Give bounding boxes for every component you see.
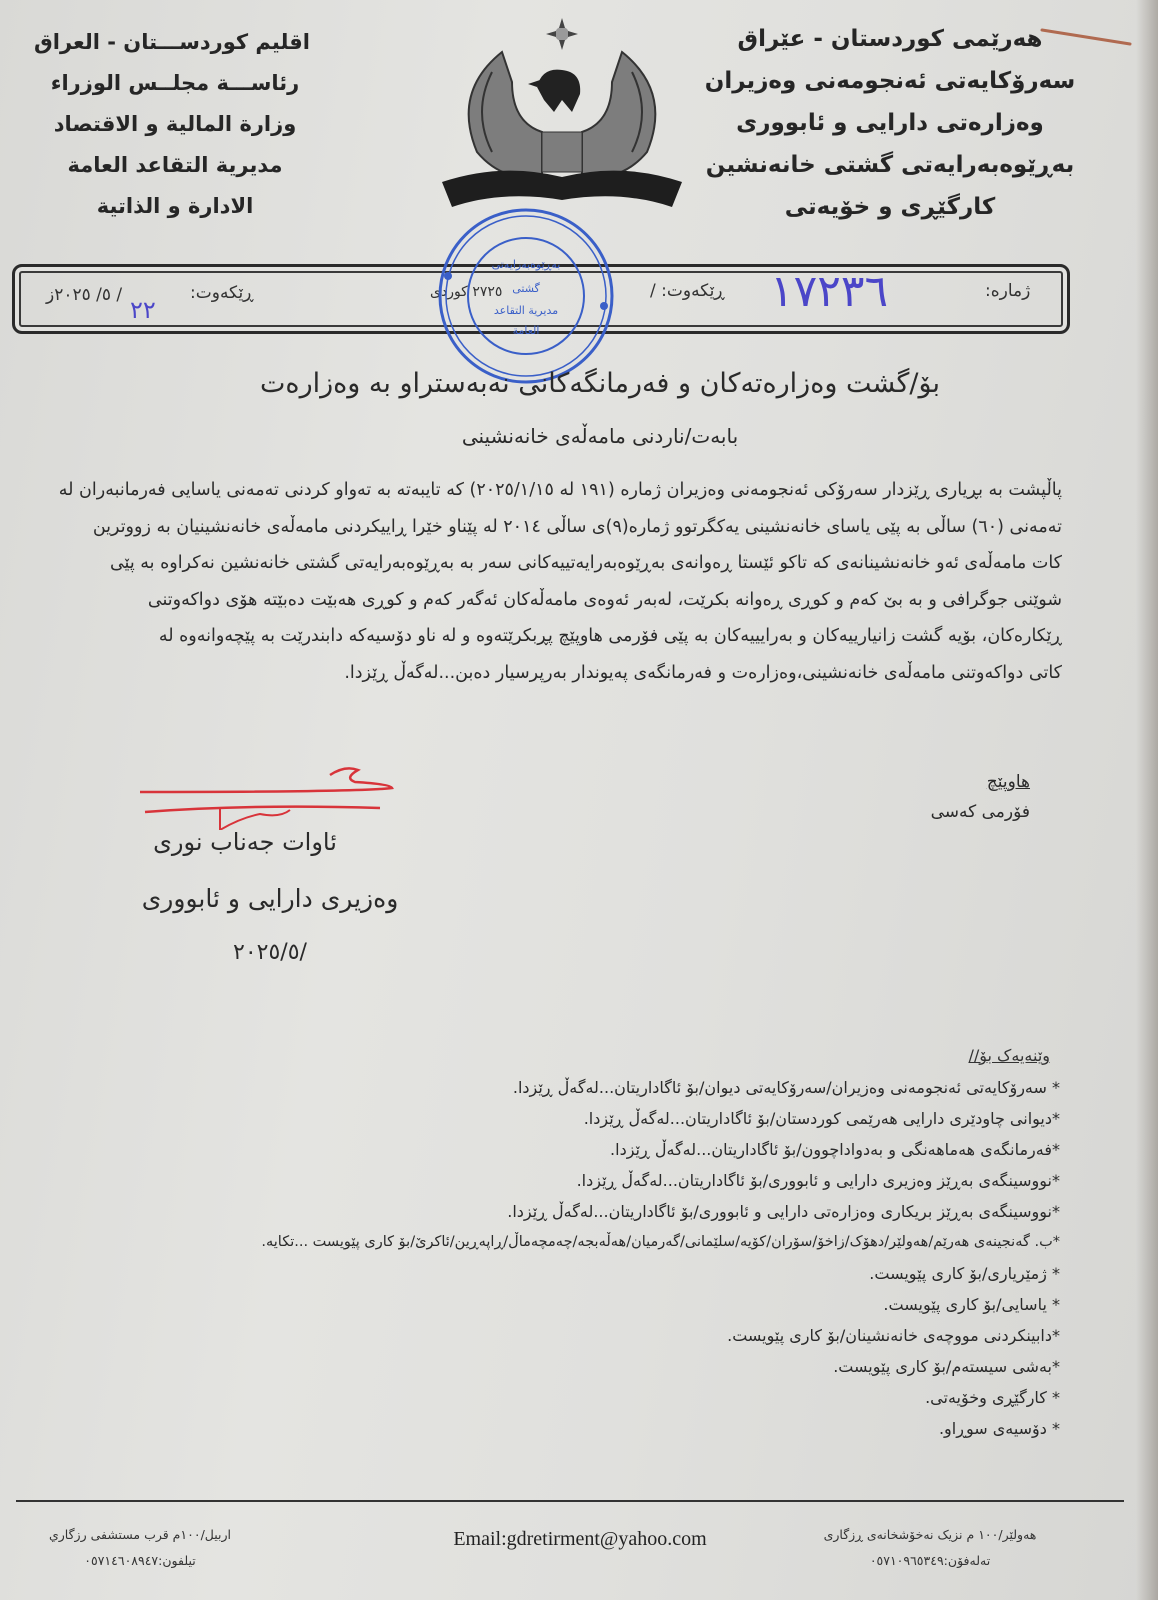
handwritten-day: ٢٢ (130, 296, 156, 324)
letter-body: پاڵپشت بە بڕیاری ڕێزدار سەرۆکی ئەنجومەنی… (22, 472, 1062, 691)
letterhead-line: کارگێڕی و خۆیەتی (690, 186, 1090, 228)
date-label: ڕێکەوت: (190, 283, 254, 303)
date-label: ڕێکەوت: / (650, 281, 725, 301)
footer-email[interactable]: Email:gdretirment@yahoo.com (380, 1528, 780, 1551)
svg-text:گشتی: گشتی (512, 282, 540, 295)
signatory-name: ئاوات جەناب نوری (120, 828, 370, 856)
letterhead-line: اقليم كوردســـتان - العراق (40, 22, 310, 63)
official-stamp-icon: بەڕێوەبەرایەتی گشتی مديرية التقاعد العام… (426, 206, 626, 386)
letterhead-line: الادارة و الذاتية (40, 186, 310, 227)
svg-text:مديرية التقاعد: مديرية التقاعد (494, 304, 558, 317)
letterhead-line: وەزارەتی دارایی و ئابووری (690, 102, 1090, 144)
svg-text:العامة: العامة (513, 324, 540, 337)
footer-phone: تەلەفۆن:٠٥٧١٠٩٦٥٣٤٩ (800, 1548, 1060, 1574)
copy-recipient: *دیوانی چاودێری دارایی هەرێمی کوردستان/ب… (120, 1103, 1060, 1134)
attachment-title: هاوپێچ (900, 772, 1030, 792)
footer-address: اربيل/١٠٠م قرب مستشفى رزگاري (20, 1522, 260, 1548)
letterhead-line: سەرۆکایەتی ئەنجومەنی وەزیران (690, 60, 1090, 102)
letterhead-line: وزارة المالية و الاقتصاد (40, 104, 310, 145)
attachment-item: فۆرمی کەسی (850, 802, 1030, 822)
copy-recipient: * دۆسیەی سوڕاو. (120, 1413, 1060, 1444)
copies-title: وێنەیەک بۆ// (880, 1046, 1050, 1065)
footer-address: هەولێر/١٠٠ م نزیک نەخۆشخانەی ڕزگاری (800, 1522, 1060, 1548)
kurdistan-eagle-emblem-icon (432, 12, 692, 212)
copy-recipient: *نووسینگەی بەڕێز وەزیری دارایی و ئابووری… (120, 1165, 1060, 1196)
handwritten-reference-number: ١٧٢٣٦ (770, 266, 888, 317)
footer-phone: تيلفون:٠٥٧١٤٦٠٨٩٤٧ (20, 1548, 260, 1574)
signature-date: ٢٠٢٥/٥/ (200, 940, 340, 965)
copy-recipient: *دابینکردنی مووچەی خانەنشینان/بۆ کاری پێ… (120, 1320, 1060, 1351)
letter-subject: بابەت/ناردنی مامەڵەی خانەنشینی (300, 424, 900, 448)
body-line: پاڵپشت بە بڕیاری ڕێزدار سەرۆکی ئەنجومەنی… (22, 472, 1062, 509)
body-line: کات مامەڵەی ئەو خانەنشینانەی کە تاکو ئێس… (22, 545, 1062, 582)
copy-recipient: * یاسایی/بۆ کاری پێویست. (120, 1289, 1060, 1320)
svg-text:بەڕێوەبەرایەتی: بەڕێوەبەرایەتی (492, 258, 561, 271)
signatory-title: وەزیری دارایی و ئابووری (110, 884, 430, 913)
copy-recipient: *فەرمانگەی هەماهەنگی و بەدواداچوون/بۆ ئا… (120, 1134, 1060, 1165)
pen-mark-icon (1040, 22, 1150, 62)
footer-divider (16, 1500, 1124, 1502)
body-line: شوێنی جوگرافی و بە بێ کەم و کوڕی ڕەوانە … (22, 582, 1062, 619)
kurdish-letterhead: هەرێمی کوردستان - عێراق سەرۆکایەتی ئەنجو… (690, 18, 1090, 228)
letterhead-line: رئاســـة مجلــس الوزراء (40, 63, 310, 104)
footer-kurdish-contact: هەولێر/١٠٠ م نزیک نەخۆشخانەی ڕزگاری تەلە… (800, 1522, 1060, 1574)
copy-recipient: *ب. گەنجینەی هەرێم/هەولێر/دهۆک/زاخۆ/سۆرا… (120, 1227, 1060, 1258)
letter-addressee: بۆ/گشت وەزارەتەکان و فەرمانگەکانی نەبەست… (150, 368, 1050, 399)
copy-recipient: * سەرۆکایەتی ئەنجومەنی وەزیران/سەرۆکایەت… (120, 1072, 1060, 1103)
copies-list: * سەرۆکایەتی ئەنجومەنی وەزیران/سەرۆکایەت… (120, 1072, 1060, 1444)
official-letter-page: اقليم كوردســـتان - العراق رئاســـة مجلـ… (0, 0, 1158, 1600)
copy-recipient: * ژمێریاری/بۆ کاری پێویست. (120, 1258, 1060, 1289)
page-edge-shadow (1136, 0, 1158, 1600)
gregorian-date: / ٥/ ٢٠٢٥ز (46, 285, 122, 305)
number-label: ژمارە: (985, 281, 1030, 301)
arabic-letterhead: اقليم كوردســـتان - العراق رئاســـة مجلـ… (40, 22, 310, 227)
copy-recipient: *بەشی سیستەم/بۆ کاری پێویست. (120, 1351, 1060, 1382)
letterhead-line: مديرية التقاعد العامة (40, 145, 310, 186)
body-line: ڕێکارەکان، بۆیە گشت زانیارییەکان و بەرای… (22, 618, 1062, 655)
copy-recipient: *نووسینگەی بەڕێز بریکاری وەزارەتی دارایی… (120, 1196, 1060, 1227)
letterhead-line: بەڕێوەبەرایەتی گشتی خانەنشین (690, 144, 1090, 186)
body-line: تەمەنی (٦٠) ساڵی بە پێی یاسای خانەنشینی … (22, 509, 1062, 546)
footer-arabic-contact: اربيل/١٠٠م قرب مستشفى رزگاري تيلفون:٠٥٧١… (20, 1522, 260, 1574)
copy-recipient: * کارگێڕی وخۆیەتی. (120, 1382, 1060, 1413)
body-line: کاتی دواکەوتنی مامەڵەی خانەنشینی،وەزارەت… (22, 655, 1062, 692)
handwritten-signature-icon (130, 760, 400, 830)
letterhead-line: هەرێمی کوردستان - عێراق (690, 18, 1090, 60)
